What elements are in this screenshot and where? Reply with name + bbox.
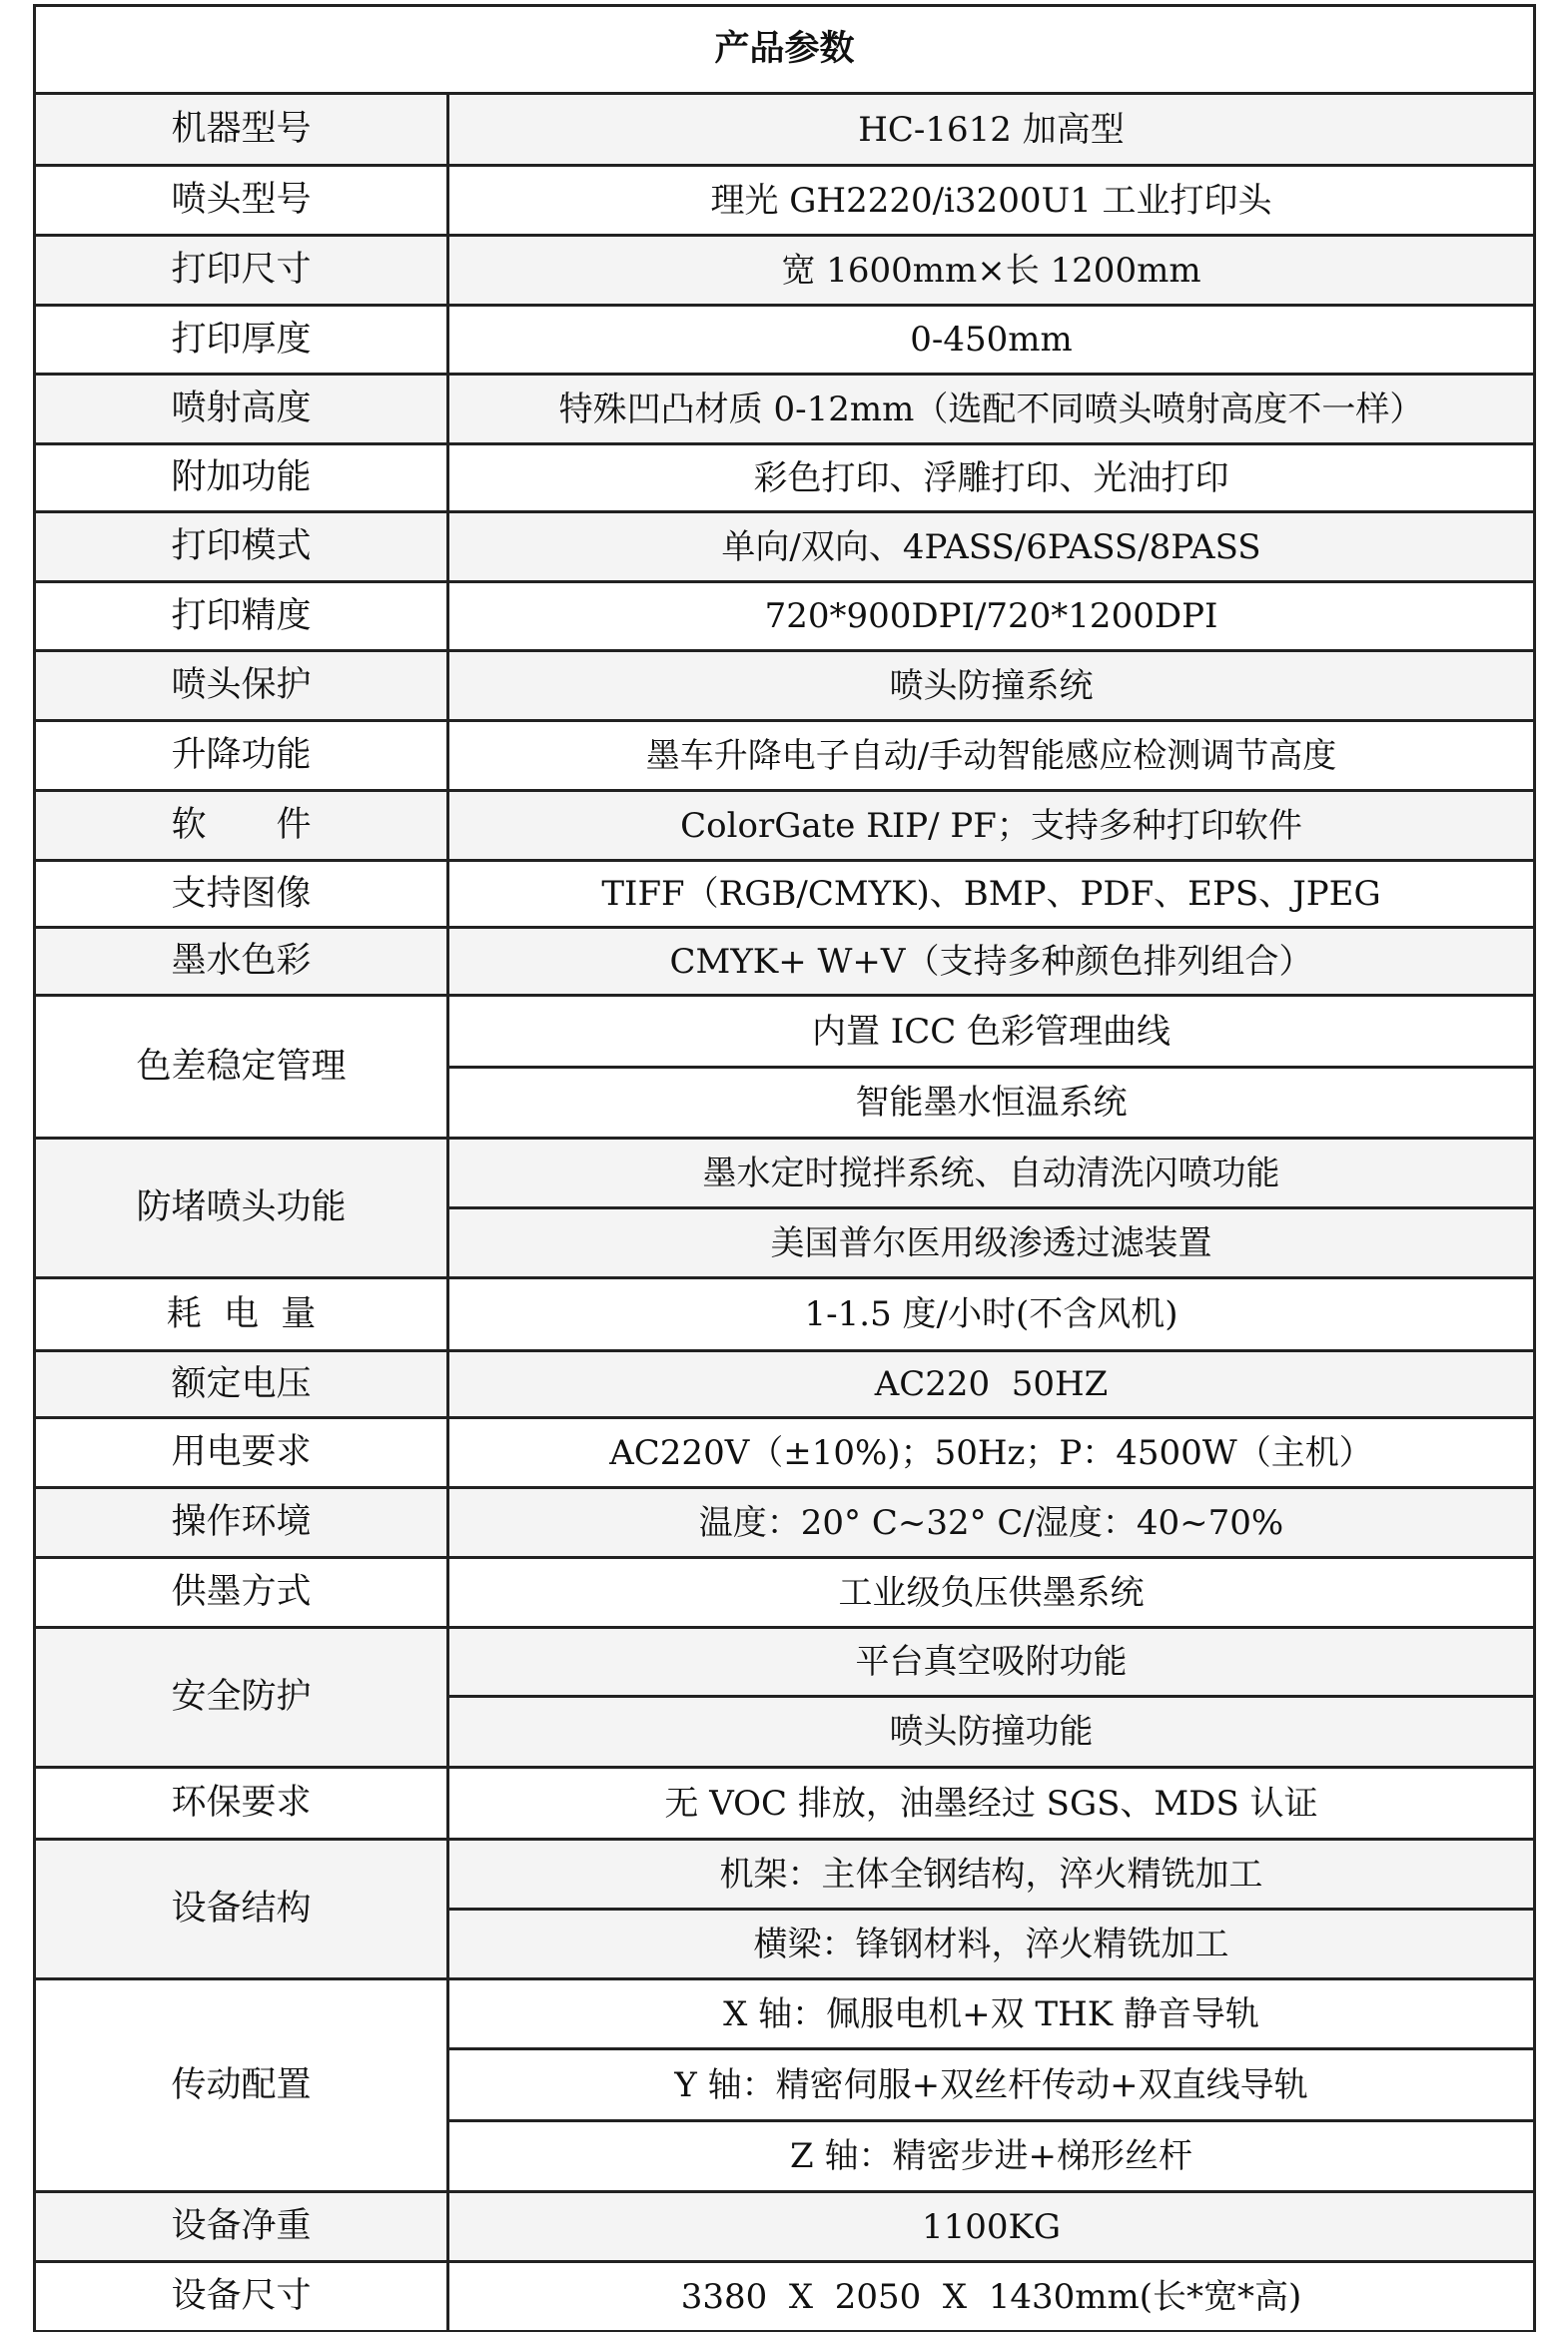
spec-value: 3380 X 2050 X 1430mm(长*宽*高) xyxy=(448,2262,1535,2332)
spec-value: TIFF（RGB/CMYK)、BMP、PDF、EPS、JPEG xyxy=(448,861,1535,928)
product-spec-table: 产品参数 机器型号HC-1612 加高型喷头型号理光 GH2220/i3200U… xyxy=(33,4,1536,2332)
spec-value: HC-1612 加高型 xyxy=(448,94,1535,166)
table-row: 色差稳定管理内置 ICC 色彩管理曲线 xyxy=(35,996,1535,1068)
table-row: 喷头型号理光 GH2220/i3200U1 工业打印头 xyxy=(35,166,1535,236)
spec-value: 工业级负压供墨系统 xyxy=(448,1558,1535,1628)
spec-label: 用电要求 xyxy=(35,1418,448,1488)
spec-value: 宽 1600mm×长 1200mm xyxy=(448,236,1535,306)
spec-label: 软 件 xyxy=(35,791,448,861)
spec-value: 横梁：锋钢材料，淬火精铣加工 xyxy=(448,1910,1535,1979)
table-row: 升降功能墨车升降电子自动/手动智能感应检测调节高度 xyxy=(35,721,1535,791)
spec-value: ColorGate RIP/ PF；支持多种打印软件 xyxy=(448,791,1535,861)
table-row: 设备结构机架：主体全钢结构，淬火精铣加工 xyxy=(35,1840,1535,1910)
table-row: 附加功能彩色打印、浮雕打印、光油打印 xyxy=(35,444,1535,512)
spec-value: CMYK+ W+V（支持多种颜色排列组合） xyxy=(448,928,1535,996)
spec-label: 支持图像 xyxy=(35,861,448,928)
spec-label: 打印精度 xyxy=(35,582,448,651)
spec-value: 单向/双向、4PASS/6PASS/8PASS xyxy=(448,512,1535,582)
table-row: 操作环境温度：20° C~32° C/湿度：40~70% xyxy=(35,1488,1535,1558)
table-row: 机器型号HC-1612 加高型 xyxy=(35,94,1535,166)
spec-label: 打印厚度 xyxy=(35,306,448,375)
table-row: 打印厚度0-450mm xyxy=(35,306,1535,375)
spec-value: 墨水定时搅拌系统、自动清洗闪喷功能 xyxy=(448,1139,1535,1208)
spec-value: 机架：主体全钢结构，淬火精铣加工 xyxy=(448,1840,1535,1910)
table-row: 支持图像TIFF（RGB/CMYK)、BMP、PDF、EPS、JPEG xyxy=(35,861,1535,928)
spec-value: 墨车升降电子自动/手动智能感应检测调节高度 xyxy=(448,721,1535,791)
spec-value: 无 VOC 排放，油墨经过 SGS、MDS 认证 xyxy=(448,1768,1535,1840)
spec-label: 色差稳定管理 xyxy=(35,996,448,1139)
spec-label: 耗 电 量 xyxy=(35,1278,448,1351)
table-row: 供墨方式工业级负压供墨系统 xyxy=(35,1558,1535,1628)
spec-label: 安全防护 xyxy=(35,1628,448,1768)
table-row: 防堵喷头功能墨水定时搅拌系统、自动清洗闪喷功能 xyxy=(35,1139,1535,1208)
spec-value: 温度：20° C~32° C/湿度：40~70% xyxy=(448,1488,1535,1558)
spec-label: 设备净重 xyxy=(35,2192,448,2262)
spec-value: Y 轴：精密伺服+双丝杆传动+双直线导轨 xyxy=(448,2049,1535,2121)
table-row: 墨水色彩CMYK+ W+V（支持多种颜色排列组合） xyxy=(35,928,1535,996)
table-row: 用电要求AC220V（±10%)；50Hz；P：4500W（主机） xyxy=(35,1418,1535,1488)
table-row: 设备尺寸3380 X 2050 X 1430mm(长*宽*高) xyxy=(35,2262,1535,2332)
spec-value: 彩色打印、浮雕打印、光油打印 xyxy=(448,444,1535,512)
spec-label: 设备尺寸 xyxy=(35,2262,448,2332)
spec-value: 平台真空吸附功能 xyxy=(448,1628,1535,1697)
spec-value: 1-1.5 度/小时(不含风机) xyxy=(448,1278,1535,1351)
spec-label: 机器型号 xyxy=(35,94,448,166)
spec-value: 理光 GH2220/i3200U1 工业打印头 xyxy=(448,166,1535,236)
spec-label: 喷头型号 xyxy=(35,166,448,236)
table-title: 产品参数 xyxy=(35,6,1535,94)
spec-label: 供墨方式 xyxy=(35,1558,448,1628)
spec-value: AC220V（±10%)；50Hz；P：4500W（主机） xyxy=(448,1418,1535,1488)
table-row: 传动配置X 轴：佩服电机+双 THK 静音导轨 xyxy=(35,1979,1535,2049)
spec-value: 1100KG xyxy=(448,2192,1535,2262)
spec-value: X 轴：佩服电机+双 THK 静音导轨 xyxy=(448,1979,1535,2049)
table-row: 额定电压AC220 50HZ xyxy=(35,1351,1535,1418)
spec-value: 喷头防撞系统 xyxy=(448,651,1535,721)
spec-label: 防堵喷头功能 xyxy=(35,1139,448,1278)
table-row: 耗 电 量1-1.5 度/小时(不含风机) xyxy=(35,1278,1535,1351)
spec-value: Z 轴：精密步进+梯形丝杆 xyxy=(448,2121,1535,2192)
spec-label: 操作环境 xyxy=(35,1488,448,1558)
spec-label: 墨水色彩 xyxy=(35,928,448,996)
spec-label: 喷射高度 xyxy=(35,375,448,444)
spec-value: 内置 ICC 色彩管理曲线 xyxy=(448,996,1535,1068)
spec-label: 升降功能 xyxy=(35,721,448,791)
spec-label: 附加功能 xyxy=(35,444,448,512)
spec-value: 美国普尔医用级渗透过滤装置 xyxy=(448,1208,1535,1278)
spec-label: 设备结构 xyxy=(35,1840,448,1979)
table-row: 喷射高度特殊凹凸材质 0-12mm（选配不同喷头喷射高度不一样） xyxy=(35,375,1535,444)
spec-value: 智能墨水恒温系统 xyxy=(448,1068,1535,1139)
spec-label: 额定电压 xyxy=(35,1351,448,1418)
spec-value: 0-450mm xyxy=(448,306,1535,375)
spec-value: 特殊凹凸材质 0-12mm（选配不同喷头喷射高度不一样） xyxy=(448,375,1535,444)
table-row: 软 件ColorGate RIP/ PF；支持多种打印软件 xyxy=(35,791,1535,861)
spec-label: 打印尺寸 xyxy=(35,236,448,306)
table-row: 打印尺寸宽 1600mm×长 1200mm xyxy=(35,236,1535,306)
table-row: 打印模式单向/双向、4PASS/6PASS/8PASS xyxy=(35,512,1535,582)
spec-label: 打印模式 xyxy=(35,512,448,582)
table-row: 设备净重1100KG xyxy=(35,2192,1535,2262)
spec-label: 传动配置 xyxy=(35,1979,448,2192)
spec-label: 喷头保护 xyxy=(35,651,448,721)
table-row: 安全防护平台真空吸附功能 xyxy=(35,1628,1535,1697)
title-row: 产品参数 xyxy=(35,6,1535,94)
table-row: 喷头保护喷头防撞系统 xyxy=(35,651,1535,721)
spec-value: 喷头防撞功能 xyxy=(448,1697,1535,1768)
spec-label: 环保要求 xyxy=(35,1768,448,1840)
spec-value: AC220 50HZ xyxy=(448,1351,1535,1418)
table-row: 打印精度720*900DPI/720*1200DPI xyxy=(35,582,1535,651)
table-row: 环保要求无 VOC 排放，油墨经过 SGS、MDS 认证 xyxy=(35,1768,1535,1840)
spec-value: 720*900DPI/720*1200DPI xyxy=(448,582,1535,651)
